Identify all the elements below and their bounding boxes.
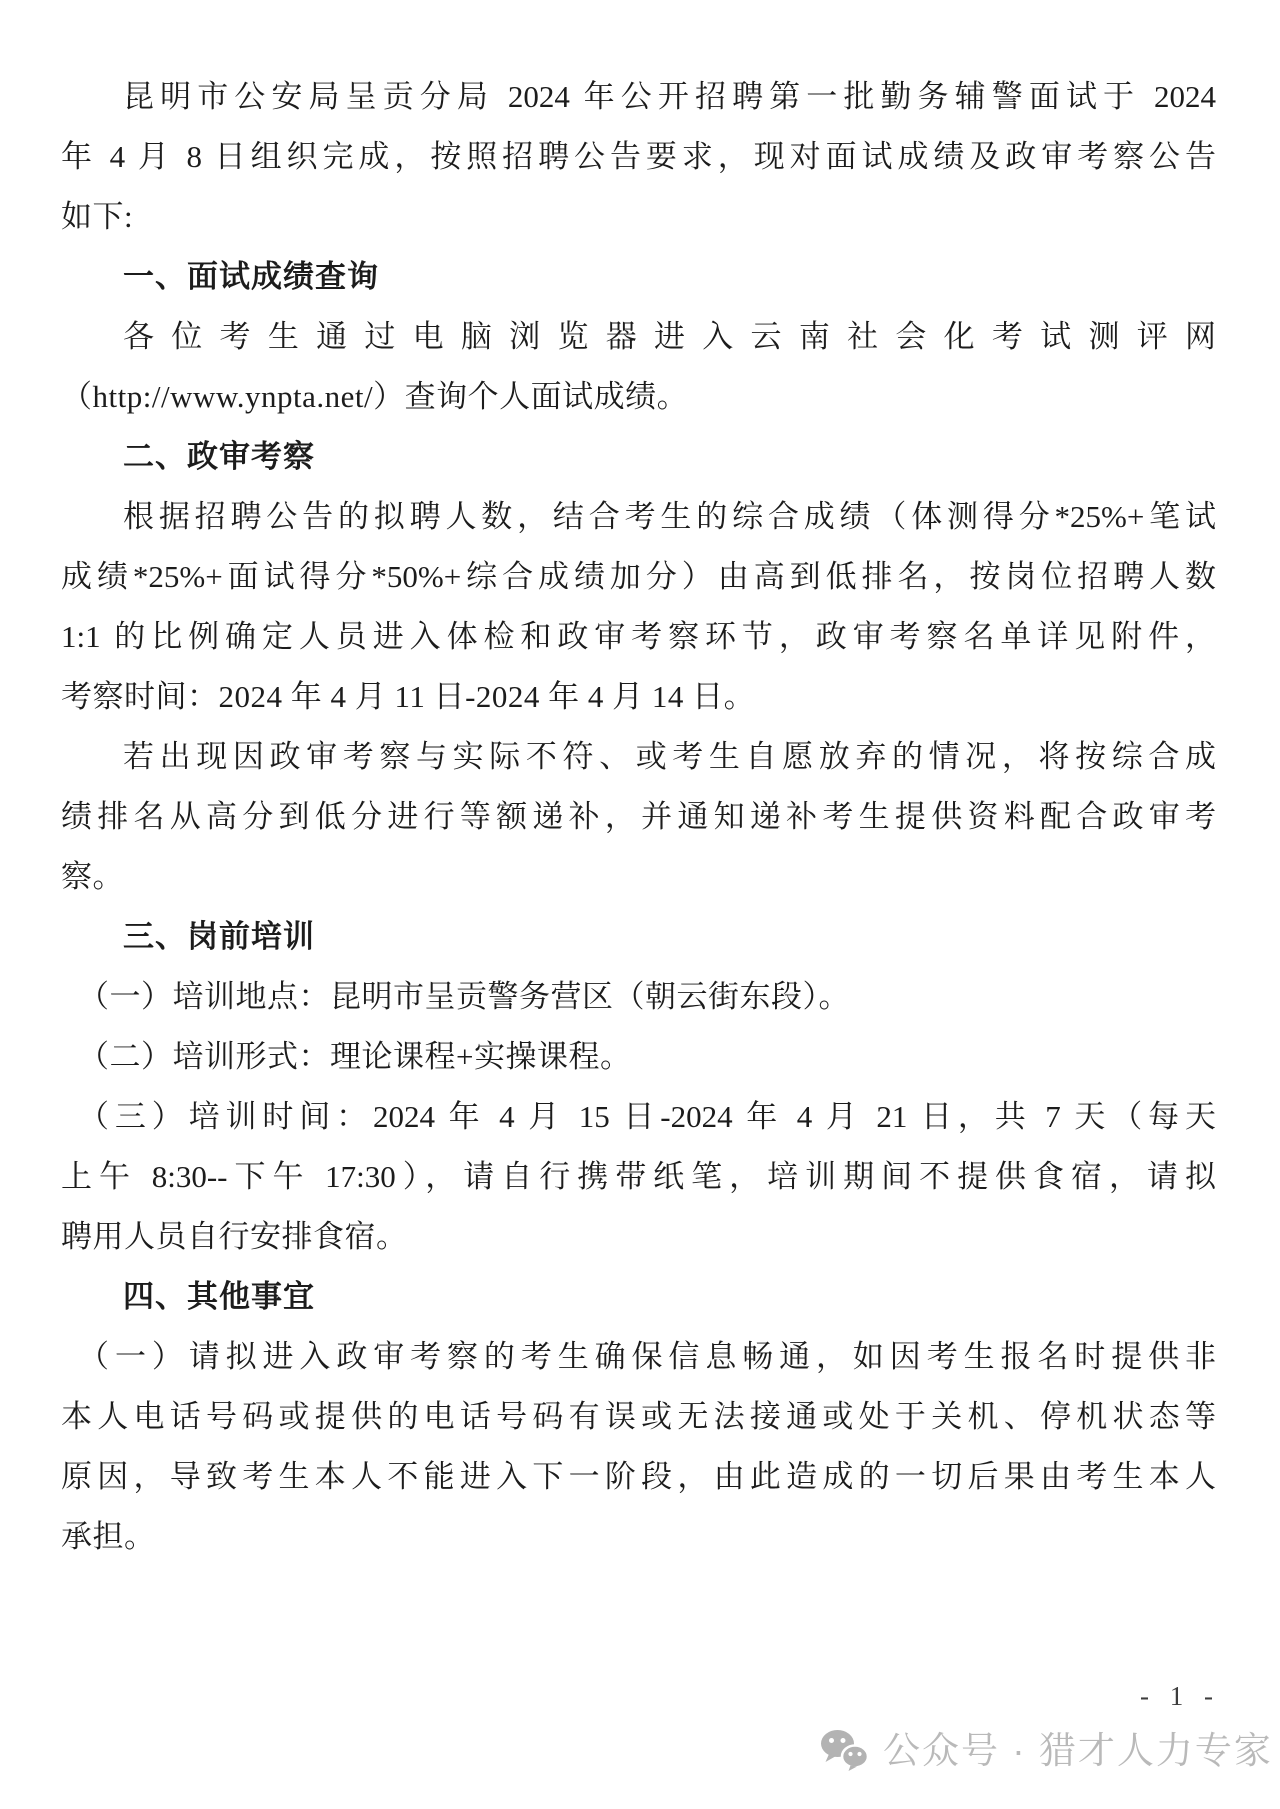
paragraph-line: 根据招聘公告的拟聘人数，结合考生的综合成绩（体测得分*25%+笔试 — [61, 487, 1216, 547]
paragraph-line: 若出现因政审考察与实际不符、或考生自愿放弃的情况，将按综合成 — [61, 727, 1216, 787]
section-heading-political-review: 二、政审考察 — [61, 427, 1216, 487]
paragraph-line: 本人电话号码或提供的电话号码有误或无法接通或处于关机、停机状态等 — [61, 1387, 1216, 1447]
section-heading-interview-score: 一、面试成绩查询 — [61, 247, 1216, 307]
paragraph-line: 聘用人员自行安排食宿。 — [61, 1207, 1216, 1267]
paragraph-line: 年 4 月 8 日组织完成，按照招聘公告要求，现对面试成绩及政审考察公告 — [61, 127, 1216, 187]
paragraph-line: 察。 — [61, 847, 1216, 907]
paragraph-line: 各位考生通过电脑浏览器进入云南社会化考试测评网 — [61, 307, 1216, 367]
list-item-training-location: （一）培训地点：昆明市呈贡警务营区（朝云街东段）。 — [61, 967, 1216, 1027]
watermark-text: 公众号 · 猎才人力专家 — [883, 1727, 1273, 1775]
wechat-icon — [820, 1729, 870, 1773]
paragraph-line: 绩排名从高分到低分进行等额递补，并通知递补考生提供资料配合政审考 — [61, 787, 1216, 847]
paragraph-line: 上午 8:30--下午 17:30），请自行携带纸笔，培训期间不提供食宿，请拟 — [61, 1147, 1216, 1207]
paragraph-line: 原因，导致考生本人不能进入下一阶段，由此造成的一切后果由考生本人 — [61, 1447, 1216, 1507]
paragraph-line: 如下: — [61, 187, 1216, 247]
paragraph-line: 昆明市公安局呈贡分局 2024 年公开招聘第一批勤务辅警面试于 2024 — [61, 67, 1216, 127]
page-number: - 1 - — [1140, 1680, 1220, 1712]
paragraph-line: 成绩*25%+面试得分*50%+综合成绩加分）由高到低排名，按岗位招聘人数 — [61, 547, 1216, 607]
watermark: 公众号 · 猎才人力专家 — [820, 1727, 1273, 1775]
paragraph-line: 考察时间：2024 年 4 月 11 日-2024 年 4 月 14 日。 — [61, 667, 1216, 727]
list-item-contact-notice: （一）请拟进入政审考察的考生确保信息畅通，如因考生报名时提供非 — [61, 1327, 1216, 1387]
section-heading-other-matters: 四、其他事宜 — [61, 1267, 1216, 1327]
paragraph-line: 1:1 的比例确定人员进入体检和政审考察环节，政审考察名单详见附件， — [61, 607, 1216, 667]
paragraph-line-url: （http://www.ynpta.net/）查询个人面试成绩。 — [61, 367, 1216, 427]
section-heading-pre-job-training: 三、岗前培训 — [61, 907, 1216, 967]
announcement-body: 昆明市公安局呈贡分局 2024 年公开招聘第一批勤务辅警面试于 2024 年 4… — [61, 67, 1216, 1567]
list-item-training-format: （二）培训形式：理论课程+实操课程。 — [61, 1027, 1216, 1087]
list-item-training-time: （三）培训时间：2024 年 4 月 15 日-2024 年 4 月 21 日，… — [61, 1087, 1216, 1147]
document-page: 昆明市公安局呈贡分局 2024 年公开招聘第一批勤务辅警面试于 2024 年 4… — [0, 0, 1280, 1809]
paragraph-line: 承担。 — [61, 1507, 1216, 1567]
